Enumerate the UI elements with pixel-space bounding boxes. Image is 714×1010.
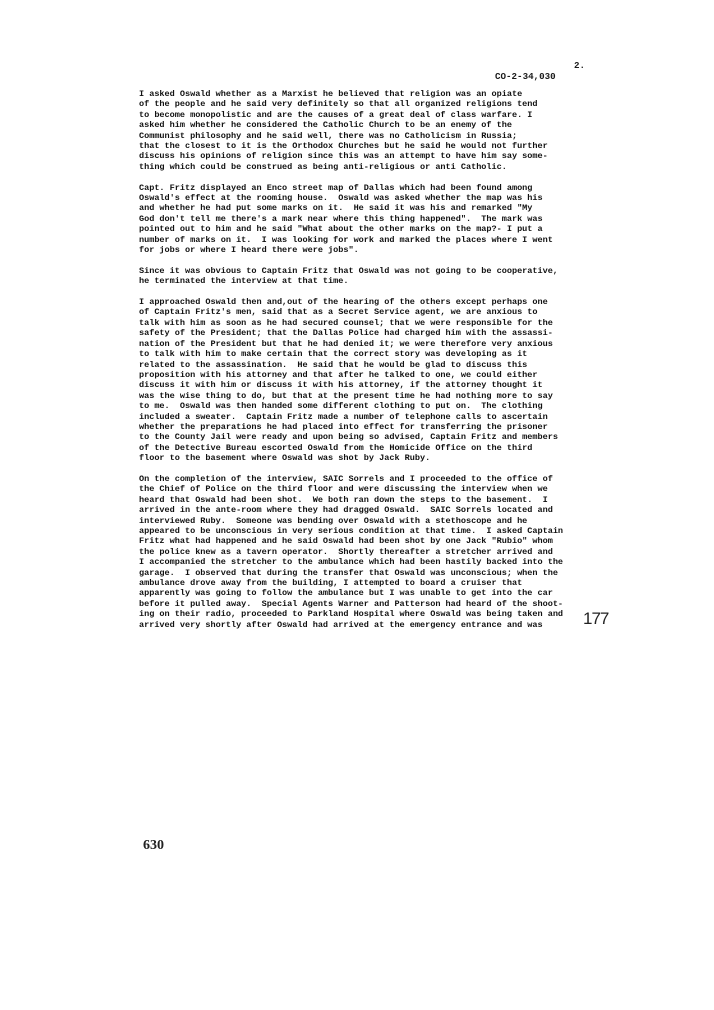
text-line: number of marks on it. I was looking for… (139, 235, 609, 245)
text-line: of Captain Fritz's men, said that as a S… (139, 307, 609, 317)
text-line: arrived very shortly after Oswald had ar… (139, 620, 609, 630)
text-line: to talk with him to make certain that th… (139, 349, 609, 359)
text-line: discuss it with him or discuss it with h… (139, 380, 609, 390)
text-line: Since it was obvious to Captain Fritz th… (139, 266, 609, 276)
text-line: of the Detective Bureau escorted Oswald … (139, 443, 609, 453)
text-line: that the closest to it is the Orthodox C… (139, 141, 609, 151)
text-line: I asked Oswald whether as a Marxist he b… (139, 89, 609, 99)
paragraph-map: Capt. Fritz displayed an Enco street map… (139, 183, 609, 256)
text-line: garage. I observed that during the trans… (139, 568, 609, 578)
text-line: I approached Oswald then and,out of the … (139, 297, 609, 307)
page-header: 2. CO-2-34,030 (495, 60, 605, 82)
text-line: On the completion of the interview, SAIC… (139, 474, 609, 484)
text-line: proposition with his attorney and that a… (139, 370, 609, 380)
text-line: arrived in the ante-room where they had … (139, 505, 609, 515)
file-number: CO-2-34,030 (495, 71, 605, 82)
text-line: floor to the basement where Oswald was s… (139, 453, 609, 463)
margin-page-marker: 177 (583, 609, 608, 629)
document-body: I asked Oswald whether as a Marxist he b… (139, 89, 609, 640)
text-line: discuss his opinions of religion since t… (139, 151, 609, 161)
paragraph-terminated: Since it was obvious to Captain Fritz th… (139, 266, 609, 287)
document-page: 2. CO-2-34,030 I asked Oswald whether as… (0, 0, 714, 1010)
text-line: whether the preparations he had placed i… (139, 422, 609, 432)
text-line: to me. Oswald was then handed some diffe… (139, 401, 609, 411)
text-line: before it pulled away. Special Agents Wa… (139, 599, 609, 609)
text-line: apparently was going to follow the ambul… (139, 588, 609, 598)
text-line: pointed out to him and he said "What abo… (139, 224, 609, 234)
paragraph-approach: I approached Oswald then and,out of the … (139, 297, 609, 464)
paragraph-shooting: On the completion of the interview, SAIC… (139, 474, 609, 630)
text-line: the Chief of Police on the third floor a… (139, 484, 609, 494)
text-line: of the people and he said very definitel… (139, 99, 609, 109)
text-line: thing which could be construed as being … (139, 162, 609, 172)
text-line: for jobs or where I heard there were job… (139, 245, 609, 255)
text-line: he terminated the interview at that time… (139, 276, 609, 286)
text-line: included a sweater. Captain Fritz made a… (139, 412, 609, 422)
header-page-number: 2. (495, 60, 605, 71)
text-line: heard that Oswald had been shot. We both… (139, 495, 609, 505)
text-line: Oswald's effect at the rooming house. Os… (139, 193, 609, 203)
text-line: talk with him as soon as he had secured … (139, 318, 609, 328)
text-line: God don't tell me there's a mark near wh… (139, 214, 609, 224)
text-line: appeared to be unconscious in very serio… (139, 526, 609, 536)
text-line: Capt. Fritz displayed an Enco street map… (139, 183, 609, 193)
text-line: to become monopolistic and are the cause… (139, 110, 609, 120)
paragraph-religion: I asked Oswald whether as a Marxist he b… (139, 89, 609, 172)
text-line: to the County Jail were ready and upon b… (139, 432, 609, 442)
text-line: I accompanied the stretcher to the ambul… (139, 557, 609, 567)
text-line: interviewed Ruby. Someone was bending ov… (139, 516, 609, 526)
text-line: Communist philosophy and he said well, t… (139, 131, 609, 141)
text-line: nation of the President but that he had … (139, 339, 609, 349)
footer-page-number: 630 (143, 838, 164, 854)
text-line: and whether he had put some marks on it.… (139, 203, 609, 213)
text-line: ambulance drove away from the building, … (139, 578, 609, 588)
text-line: safety of the President; that the Dallas… (139, 328, 609, 338)
text-line: Fritz what had happened and he said Oswa… (139, 536, 609, 546)
text-line: the police knew as a tavern operator. Sh… (139, 547, 609, 557)
text-line: asked him whether he considered the Cath… (139, 120, 609, 130)
text-line: was the wise thing to do, but that at th… (139, 391, 609, 401)
text-line: related to the assassination. He said th… (139, 360, 609, 370)
text-line: ing on their radio, proceeded to Parklan… (139, 609, 609, 619)
